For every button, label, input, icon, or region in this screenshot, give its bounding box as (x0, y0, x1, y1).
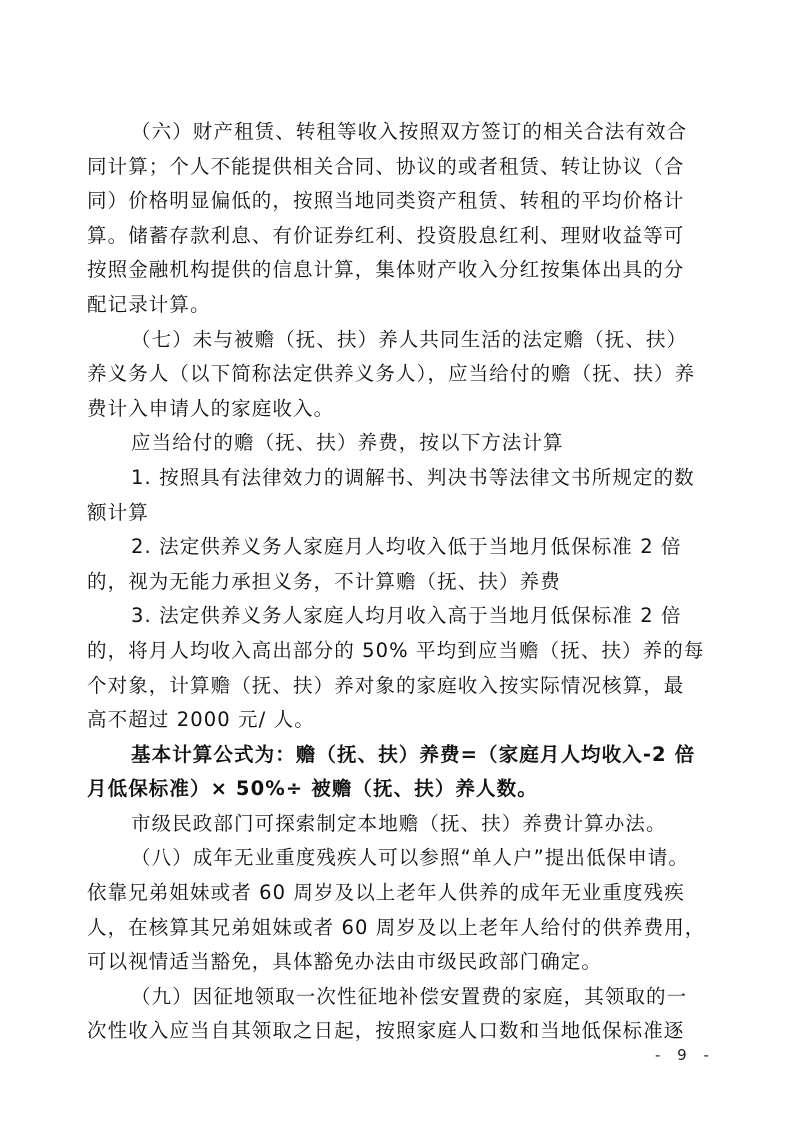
text-line: 人，在核算其兄弟姐妹或者 60 周岁及以上老年人给付的供养费用， (87, 911, 712, 946)
text-line: 市级民政部门可探索制定本地赡（抚、扶）养费计算办法。 (87, 807, 712, 842)
text-line: 养义务人（以下简称法定供养义务人），应当给付的赡（抚、扶）养 (87, 357, 712, 392)
text-line: 同计算；个人不能提供相关合同、协议的或者租赁、转让协议（合 (87, 150, 712, 185)
text-line: 依靠兄弟姐妹或者 60 周岁及以上老年人供养的成年无业重度残疾 (87, 876, 712, 911)
text-line: 应当给付的赡（抚、扶）养费，按以下方法计算 (87, 426, 712, 461)
text-line: 个对象，计算赡（抚、扶）养对象的家庭收入按实际情况核算，最 (87, 669, 712, 704)
text-line: 可以视情适当豁免，具体豁免办法由市级民政部门确定。 (87, 945, 712, 980)
text-line: 3. 法定供养义务人家庭人均月收入高于当地月低保标准 2 倍 (87, 599, 712, 634)
text-line: （六）财产租赁、转租等收入按照双方签订的相关合法有效合 (87, 115, 712, 150)
text-line: 高不超过 2000 元/ 人。 (87, 703, 712, 738)
text-line: （九）因征地领取一次性征地补偿安置费的家庭，其领取的一 (87, 980, 712, 1015)
document-body: （六）财产租赁、转租等收入按照双方签订的相关合法有效合同计算；个人不能提供相关合… (87, 115, 712, 1049)
text-line: 算。储蓄存款利息、有价证券红利、投资股息红利、理财收益等可 (87, 219, 712, 254)
text-line: 的，将月人均收入高出部分的 50% 平均到应当赡（抚、扶）养的每 (87, 634, 712, 669)
text-line: 额计算 (87, 496, 712, 531)
text-line: 按照金融机构提供的信息计算，集体财产收入分红按集体出具的分 (87, 253, 712, 288)
text-line: 月低保标准）× 50%÷ 被赡（抚、扶）养人数。 (87, 772, 712, 807)
text-line: 次性收入应当自其领取之日起，按照家庭人口数和当地低保标准逐 (87, 1014, 712, 1049)
text-line: （八）成年无业重度残疾人可以参照“单人户”提出低保申请。 (87, 841, 712, 876)
text-line: 1. 按照具有法律效力的调解书、判决书等法律文书所规定的数 (87, 461, 712, 496)
text-line: 基本计算公式为：赡（抚、扶）养费=（家庭月人均收入-2 倍 (87, 738, 712, 773)
text-line: 费计入申请人的家庭收入。 (87, 392, 712, 427)
text-line: 同）价格明显偏低的，按照当地同类资产租赁、转租的平均价格计 (87, 184, 712, 219)
text-line: 2. 法定供养义务人家庭月人均收入低于当地月低保标准 2 倍 (87, 530, 712, 565)
document-page: （六）财产租赁、转租等收入按照双方签订的相关合法有效合同计算；个人不能提供相关合… (0, 0, 793, 1122)
page-number: - 9 - (655, 1046, 715, 1064)
text-line: 的，视为无能力承担义务，不计算赡（抚、扶）养费 (87, 565, 712, 600)
text-line: （七）未与被赡（抚、扶）养人共同生活的法定赡（抚、扶） (87, 323, 712, 358)
text-line: 配记录计算。 (87, 288, 712, 323)
